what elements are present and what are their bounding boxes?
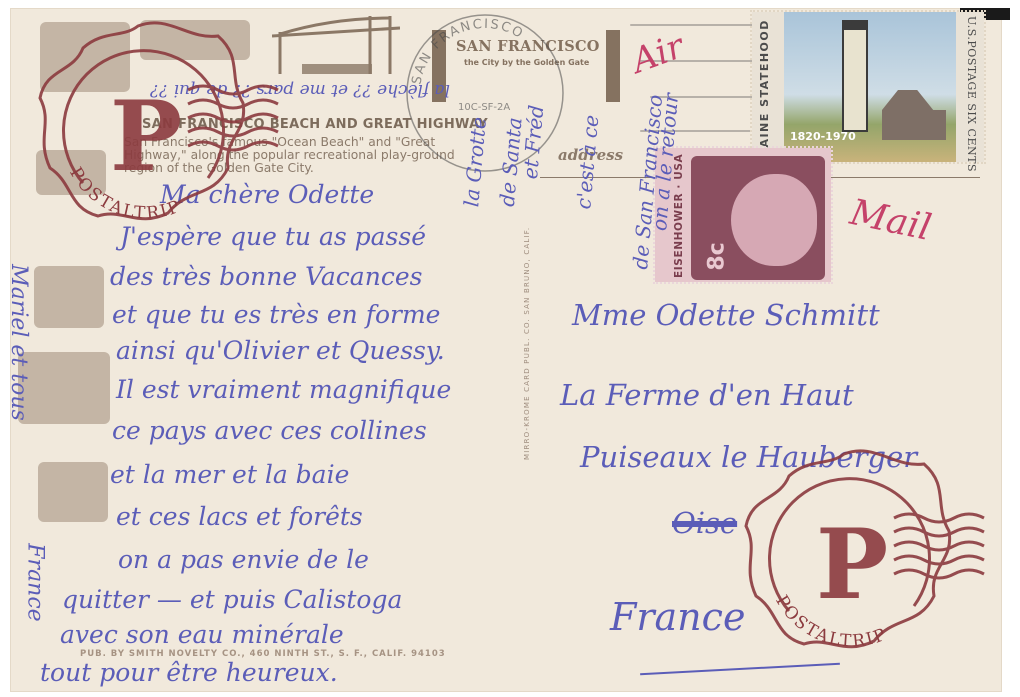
stamp-eisenhower-portrait: 8c [691, 156, 825, 280]
postaltrip-watermark: P POSTALTRIP [28, 18, 298, 258]
message-line: ce pays avec ces collines [112, 416, 427, 445]
message-line: quitter — et puis Calistoga [62, 585, 402, 614]
stamp-maine-value: U.S.POSTAGE SIX CENTS [965, 16, 978, 172]
sketch-factory [34, 266, 104, 328]
postaltrip-letter: P [816, 508, 888, 621]
stamp-eisenhower: 8c EISENHOWER · USA [655, 148, 831, 282]
postaltrip-watermark: P POSTALTRIP [734, 446, 1004, 686]
stamp-eisenhower-denomination: 8c [705, 242, 730, 270]
margin-text-left-bottom: France [23, 543, 48, 621]
house-icon [882, 90, 946, 140]
lighthouse-icon [842, 20, 868, 132]
postmark-details: 10C-SF-2A [458, 102, 510, 113]
printer-credit: MIRRO-KROME CARD PUBL. CO. SAN BRUNO, CA… [523, 227, 531, 460]
address-line-1: La Ferme d'en Haut [560, 378, 854, 412]
sketch-cable-car [38, 462, 108, 522]
message-line: et la mer et la baie [110, 460, 349, 489]
message-line: ainsi qu'Olivier et Quessy. [116, 336, 445, 365]
recipient-name: Mme Odette Schmitt [572, 298, 880, 332]
stamp-maine-label: MAINE STATEHOOD [758, 19, 771, 160]
message-line: on a pas envie de le [118, 545, 369, 574]
message-line: tout pour être heureux. [40, 658, 338, 687]
stamp-maine-statehood: 1820-1970 MAINE STATEHOOD U.S.POSTAGE SI… [752, 12, 984, 162]
svg-text:SAN FRANCISCO: SAN FRANCISCO [410, 17, 527, 86]
stamp-maine-years: 1820-1970 [790, 130, 856, 143]
postmark-city: SAN FRANCISCO [410, 17, 527, 86]
message-line: et que tu es très en forme [112, 300, 440, 329]
sketch-palace-fine-arts [18, 352, 110, 424]
stamp-maine-artwork: 1820-1970 [784, 12, 956, 162]
address-line-crossed: Oise [672, 506, 737, 540]
margin-text-left: Mariel et tous [6, 264, 31, 421]
message-line: des très bonne Vacances [110, 262, 422, 291]
publisher-line: PUB. BY SMITH NOVELTY CO., 460 NINTH ST.… [80, 649, 446, 659]
message-line: et ces lacs et forêts [116, 502, 363, 531]
postaltrip-letter: P [110, 80, 182, 193]
portrait-icon [731, 174, 817, 266]
message-line: avec son eau minérale [60, 620, 344, 649]
address-country: France [610, 595, 745, 639]
message-line: Il est vraiment magnifique [116, 375, 451, 404]
